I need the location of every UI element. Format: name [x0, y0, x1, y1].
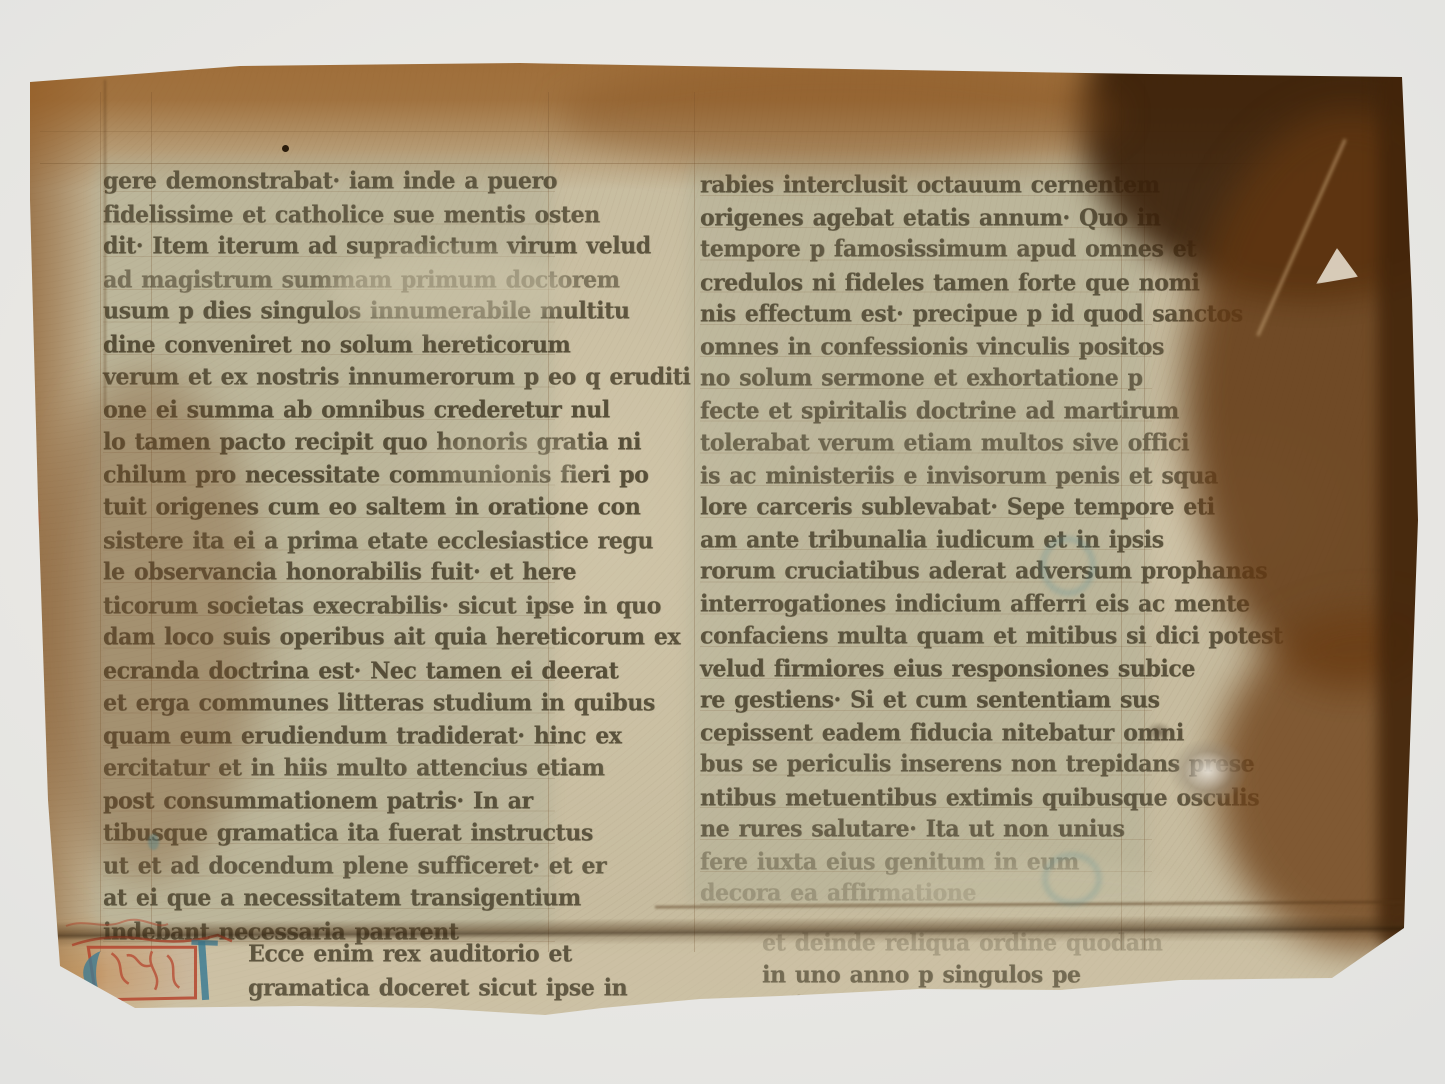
left-text-column: gere demonstrabat· iam inde a puerofidel… [103, 165, 555, 947]
manuscript-line: dine conveniret no solum hereticorum [103, 328, 555, 362]
blue-initial-serif [191, 942, 217, 943]
photo-of-manuscript-fragment: gere demonstrabat· iam inde a puerofidel… [0, 0, 1445, 1084]
manuscript-line: at ei que a necessitatem transigentium [103, 881, 555, 915]
manuscript-line: fidelissime et catholice sue mentis oste… [103, 198, 555, 232]
stain-top-mid [560, 60, 1120, 170]
manuscript-line: re gestiens· Si et cum sententiam sus [700, 683, 1152, 716]
manuscript-line: et ita deinceps ceteris [762, 989, 1182, 1021]
manuscript-line: am ante tribunalia iudicum et in ipsis [700, 523, 1152, 556]
manuscript-line: ercitatur et in hiis multo attencius eti… [103, 751, 555, 785]
scratch-top-right [1256, 139, 1346, 337]
manuscript-line: fere iuxta eius genitum in eum [700, 845, 1152, 878]
white-spot-triangle [1316, 248, 1358, 284]
manuscript-line: ne rures salutare· Ita ut non unius [700, 812, 1152, 845]
red-pen-trace [64, 914, 174, 934]
stain-right-lower [1215, 610, 1445, 950]
manuscript-line: no solum sermone et exhortatione p [700, 361, 1152, 394]
manuscript-line: velud firmiores eius responsiones subice [700, 652, 1152, 685]
manuscript-line: bus se periculis inserens non trepidans … [700, 748, 1152, 781]
red-penwork-box [88, 947, 195, 1000]
ruling-line-vertical [694, 92, 695, 952]
manuscript-line: usum p dies singulos innumerabile multit… [103, 295, 555, 329]
below-fold-right-text: et deinde reliqua ordine quodamin uno an… [762, 928, 1182, 1021]
right-text-column: rabies interclusit octauum cernentemorig… [700, 169, 1152, 909]
ruling-line-vertical [100, 92, 101, 952]
ruling-line-horizontal [40, 131, 1400, 132]
manuscript-line: rorum cruciatibus aderat adversum propha… [700, 555, 1152, 588]
manuscript-line: dit· Item iterum ad supradictum virum ve… [103, 230, 555, 264]
parchment-leaf: gere demonstrabat· iam inde a puerofidel… [0, 0, 1445, 1084]
manuscript-line: in uno anno p singulos pe [762, 959, 1182, 991]
manuscript-line: tempore p famosissimum apud omnes et [700, 233, 1152, 266]
manuscript-line: omnes in confessionis vinculis positos [700, 330, 1152, 363]
ink-dot [282, 145, 289, 152]
manuscript-line: quam eum erudiendum tradiderat· hinc ex [103, 719, 555, 753]
manuscript-line: nis effectum est· precipue p id quod san… [700, 297, 1152, 330]
manuscript-line: is ac ministeriis e invisorum penis et s… [700, 459, 1152, 492]
manuscript-line: tibusque gramatica ita fuerat instructus [103, 816, 555, 850]
manuscript-line: ntibus metuentibus extimis quibusque osc… [700, 781, 1152, 814]
manuscript-line: lore carceris sublevabat· Sepe tempore e… [700, 490, 1152, 523]
manuscript-line: gere demonstrabat· iam inde a puero [103, 164, 555, 198]
manuscript-line: tuit origenes cum eo saltem in oratione … [103, 490, 555, 524]
manuscript-line: credulos ni fideles tamen forte que nomi [700, 266, 1152, 299]
manuscript-line: decora ea affirmatione [700, 876, 1152, 909]
stain-right-edge-rim [1378, 60, 1433, 950]
decorated-initial-T [66, 925, 238, 1011]
manuscript-line: origenes agebat etatis annum· Quo in [700, 202, 1152, 235]
manuscript-line: confaciens multa quam et mitibus si dici… [700, 619, 1152, 652]
manuscript-line: cepissent eadem fiducia nitebatur omni [700, 717, 1152, 750]
manuscript-line: fecte et spiritalis doctrine ad martirum [700, 395, 1152, 428]
manuscript-line: ut et ad docendum plene sufficeret· et e… [103, 850, 555, 884]
manuscript-line: et deinde reliqua ordine quodam [762, 927, 1182, 959]
manuscript-line: et erga communes litteras studium in qui… [103, 686, 555, 720]
manuscript-line: gramatica doceret sicut ipse in [248, 971, 578, 1005]
below-fold-left-text: Ecce enim rex auditorio etgramatica doce… [248, 938, 578, 1004]
manuscript-line: rabies interclusit octauum cernentem [700, 168, 1152, 201]
manuscript-line: interrogationes indicium afferri eis ac … [700, 588, 1152, 621]
manuscript-line: sistere ita ei a prima etate ecclesiasti… [103, 524, 555, 558]
manuscript-line: ecranda doctrina est· Nec tamen ei deera… [103, 654, 555, 688]
manuscript-line: lo tamen pacto recipit quo honoris grati… [103, 425, 555, 459]
manuscript-line: one ei summa ab omnibus crederetur nul [103, 394, 555, 428]
manuscript-line: Ecce enim rex auditorio et [248, 937, 578, 971]
manuscript-line: chilum pro necessitate communionis fieri… [103, 459, 555, 493]
manuscript-line: dam loco suis operibus ait quia heretico… [103, 621, 555, 655]
manuscript-line: le observancia honorabilis fuit· et here [103, 555, 555, 589]
red-fleck-left-edge [32, 506, 39, 530]
manuscript-line: verum et ex nostris innumerorum p eo q e… [103, 360, 555, 394]
manuscript-line: ad magistrum summam primum doctorem [103, 263, 555, 297]
manuscript-line: post consummationem patris· In ar [103, 785, 555, 819]
blue-initial-stem [202, 941, 206, 1000]
manuscript-line: ticorum societas execrabilis· sicut ipse… [103, 589, 555, 623]
manuscript-line: tolerabat verum etiam multos sive offici [700, 426, 1152, 459]
